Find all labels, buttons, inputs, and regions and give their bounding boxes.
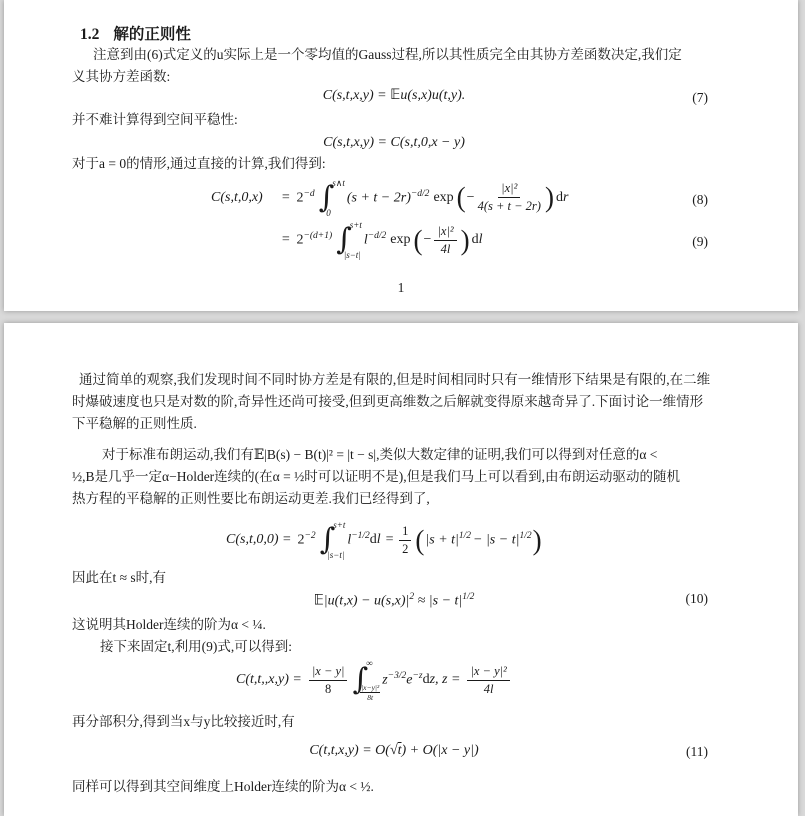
- exp-function: exp: [433, 190, 453, 206]
- text-line: 并不难计算得到空间平稳性:: [72, 109, 764, 131]
- math-text: C(s,t,x,y) = C(s,t,0,x − y): [323, 135, 465, 150]
- page-number: 1: [4, 280, 798, 296]
- paragraph-covariance-intro: 注意到由(6)式定义的u实际上是一个零均值的Gauss过程,所以其性质完全由其协…: [72, 44, 764, 88]
- sqrt-sign: √: [390, 743, 398, 758]
- big-paren-right: ): [545, 183, 554, 211]
- equals-sign: =: [385, 532, 394, 548]
- integral-limits: s+t|s−t|: [335, 521, 345, 559]
- math-term: |s + t|1/2: [425, 531, 471, 549]
- equals-sign: =: [281, 232, 290, 248]
- paragraph-brownian: 对于标准布朗运动,我们有𝔼|B(s) − B(t)|² = |t − s|,类似…: [72, 444, 764, 510]
- equation-9: = 2−(d+1) ∫ s+t|s−t| l−d/2 exp ( − |x|²4…: [281, 218, 482, 262]
- equation-7: C(s,t,x,y) = 𝔼u(s,x)u(t,y).: [54, 84, 734, 107]
- line-holder-half: 同样可以得到其空间维度上Holder连续的阶为α < ½.: [72, 776, 764, 798]
- differential: dr: [556, 190, 568, 206]
- equation-number-8: (8): [692, 192, 708, 208]
- big-paren-left: (: [415, 526, 424, 554]
- text-line: 下平稳解的正则性质.: [72, 413, 764, 435]
- math-text: u(s,x)u(t,y).: [400, 88, 465, 103]
- equals-sign: =: [281, 190, 290, 206]
- math-text: C(s,t,x,y) =: [323, 88, 390, 103]
- integrand: (s + t − 2r)−d/2: [347, 189, 430, 207]
- equation-8: C(s,t,0,x) = 2−d ∫ s∧t0 (s + t − 2r)−d/2…: [211, 175, 568, 220]
- integral-sign: ∫ s+t|s−t|: [336, 221, 362, 259]
- fraction: |x|²4l: [434, 224, 456, 257]
- integral-limits: ∞|x−y|²8t: [368, 659, 380, 701]
- integral-sign: ∫ s∧t0: [319, 179, 345, 217]
- equation-number-7: (7): [692, 90, 708, 106]
- math-text: ) + O(|x − y|): [402, 743, 479, 758]
- text-line: 通过简单的观察,我们发现时间不同时协方差是有限的,但是时间相同时只有一维情形下结…: [72, 369, 764, 391]
- line-integration-by-parts: 再分部积分,得到当x与y比较接近时,有: [72, 711, 764, 733]
- blackboard-e: 𝔼: [390, 87, 400, 103]
- equation-number-10: (10): [686, 591, 709, 607]
- exponential-term: e−z: [406, 671, 422, 689]
- coefficient: 2−(d+1): [296, 231, 332, 249]
- line-a-equals-0: 对于a = 0的情形,通过直接的计算,我们得到:: [72, 153, 764, 175]
- page-1: 1.2解的正则性 注意到由(6)式定义的u实际上是一个零均值的Gauss过程,所…: [4, 0, 798, 311]
- math-text: |u(t,x) − u(s,x)|: [324, 594, 410, 609]
- pdf-viewer-canvas: 1.2解的正则性 注意到由(6)式定义的u实际上是一个零均值的Gauss过程,所…: [0, 0, 805, 816]
- equation-number-11: (11): [686, 744, 708, 760]
- text-line: 同样可以得到其空间维度上Holder连续的阶为α < ½.: [72, 776, 764, 798]
- equation-stationarity: C(s,t,x,y) = C(s,t,0,x − y): [54, 132, 734, 154]
- text-line: 注意到由(6)式定义的u实际上是一个零均值的Gauss过程,所以其性质完全由其协…: [72, 44, 764, 66]
- text-line: ½,B是几乎一定α−Holder连续的(在α = ½时可以证明不是),但是我们马…: [72, 466, 764, 488]
- integrand: l−d/2: [364, 231, 386, 249]
- equation-10: 𝔼|u(t,x) − u(s,x)|2 ≈ |s − t|1/2: [54, 586, 734, 613]
- math-text: ≈ |s − t|: [414, 594, 462, 609]
- fraction: |x|²4(s + t − 2r): [478, 181, 541, 214]
- math-lhs: C(s,t,0,0) =: [226, 532, 291, 548]
- math-lhs: C(t,t,,x,y) =: [236, 672, 302, 688]
- text-line: 对于a = 0的情形,通过直接的计算,我们得到:: [72, 153, 764, 175]
- integrand: z−3/2: [382, 671, 406, 689]
- big-paren-right: ): [461, 226, 470, 254]
- math-text: C(t,t,x,y) = O(: [309, 743, 390, 758]
- math-term: − |s − t|1/2: [473, 531, 532, 549]
- exp-function: exp: [390, 232, 410, 248]
- text-line: 接下来固定t,利用(9)式,可以得到:: [72, 636, 764, 658]
- text-line: 再分部积分,得到当x与y比较接近时,有: [72, 711, 764, 733]
- section-heading: 1.2解的正则性: [80, 22, 191, 44]
- text-line: 时爆破速度也只是对数的阶,奇异性还尚可接受,但到更高维数之后解就变得原来越奇异了…: [72, 391, 764, 413]
- paragraph-observation: 通过简单的观察,我们发现时间不同时协方差是有限的,但是时间相同时只有一维情形下结…: [72, 369, 764, 435]
- differential-and-sub: dz, z =: [423, 672, 461, 688]
- big-paren-right: ): [533, 526, 542, 554]
- differential: dl: [370, 532, 381, 548]
- equation-11: C(t,t,x,y) = O(√t) + O(|x − y|): [54, 740, 734, 762]
- limit-fraction: |x−y|²8t: [360, 683, 380, 702]
- coefficient: 2−2: [297, 531, 315, 549]
- line-holder-quarter: 这说明其Holder连续的阶为α < ¼.: [72, 614, 764, 636]
- differential: dl: [472, 232, 483, 248]
- coefficient: 2−d: [296, 189, 314, 207]
- section-number: 1.2: [80, 26, 99, 43]
- equation-number-9: (9): [692, 234, 708, 250]
- equation-ctt: C(t,t,,x,y) = |x − y|8 ∫ ∞|x−y|²8t z−3/2…: [236, 657, 513, 703]
- blackboard-e: 𝔼: [314, 593, 324, 609]
- fraction-half: 12: [399, 524, 411, 557]
- text-line: 对于标准布朗运动,我们有𝔼|B(s) − B(t)|² = |t − s|,类似…: [72, 444, 764, 466]
- page-2: 通过简单的观察,我们发现时间不同时协方差是有限的,但是时间相同时只有一维情形下结…: [4, 323, 798, 816]
- line-fix-t: 接下来固定t,利用(9)式,可以得到:: [72, 636, 764, 658]
- big-paren-left: (: [414, 226, 423, 254]
- integral-limits: s∧t0: [334, 179, 345, 217]
- minus-sign: −: [467, 190, 475, 206]
- big-paren-left: (: [457, 183, 466, 211]
- equation-c00: C(s,t,0,0) = 2−2 ∫ s+t|s−t| l−1/2 dl = 1…: [226, 517, 543, 563]
- text-line: 热方程的平稳解的正则性要比布朗运动更差.我们已经得到了,: [72, 488, 764, 510]
- integral-sign: ∫ ∞|x−y|²8t: [352, 659, 380, 701]
- integral-sign: ∫ s+t|s−t|: [320, 521, 346, 559]
- line-stationarity: 并不难计算得到空间平稳性:: [72, 109, 764, 131]
- text-line: 这说明其Holder连续的阶为α < ¼.: [72, 614, 764, 636]
- minus-sign: −: [424, 232, 432, 248]
- fraction: |x − y|8: [309, 664, 348, 697]
- integral-limits: s+t|s−t|: [352, 221, 362, 259]
- section-title: 解的正则性: [113, 26, 191, 43]
- fraction: |x − y|²4l: [467, 664, 509, 697]
- math-lhs: C(s,t,0,x): [211, 190, 281, 206]
- integrand: l−1/2: [347, 531, 369, 549]
